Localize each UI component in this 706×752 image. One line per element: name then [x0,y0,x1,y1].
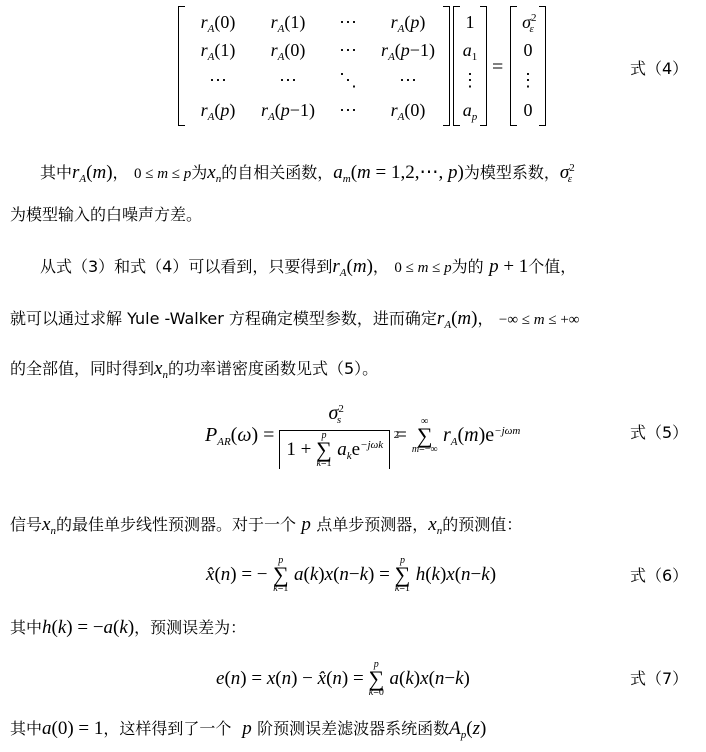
paragraph-3: 信号xn的最佳单步线性预测器。对于一个 p 点单步预测器，xn的预测值： [10,512,522,537]
paragraph-1-line-1: 其中rA(m)， 0 ≤ m ≤ p为xn的自相关函数，am(m = 1,2,⋯… [40,160,572,185]
autocorrelation-matrix: rA(0) rA(1) ⋯ rA(p) rA(1) rA(0) ⋯ rA(p−1… [178,6,450,126]
paragraph-1-line-2: 为模型输入的白噪声方差。 [10,202,202,225]
equation-7: e(n) = x(n) − x̂(n) = p∑k=0 a(k)x(n−k) [216,660,470,698]
paragraph-2-line-1: 从式（3）和式（4）可以看到，只要得到rA(m)， 0 ≤ m ≤ p为的 p … [40,254,576,279]
coefficient-vector: 1 a1 ⋮ ap [453,6,487,126]
equation-label-4: 式（4） [630,56,688,79]
equation-6: x̂(n) = − p∑k=1 a(k)x(n−k) = p∑k=1 h(k)x… [206,556,496,594]
paragraph-5: 其中a(0) = 1，这样得到了一个 p 阶预测误差滤波器系统函数Ap(z) [10,716,486,741]
equation-label-6: 式（6） [630,563,688,586]
rhs-vector: σ2ε 0 ⋮ 0 [510,6,546,126]
equation-5: PAR(ω) = σ2s 1 + p∑k=1 ake−jωk 2 = ∞∑m=−… [205,402,520,469]
equals-sign: = [492,56,503,79]
paragraph-2-line-3: 的全部值，同时得到xn的功率谱密度函数见式（5）。 [10,356,378,381]
equation-label-5: 式（5） [630,420,688,443]
equation-label-7: 式（7） [630,666,688,689]
paragraph-4: 其中h(k) = −a(k)，预测误差为： [10,615,246,639]
paragraph-2-line-2: 就可以通过求解 Yule -Walker 方程确定模型参数，进而确定rA(m)，… [10,306,580,331]
